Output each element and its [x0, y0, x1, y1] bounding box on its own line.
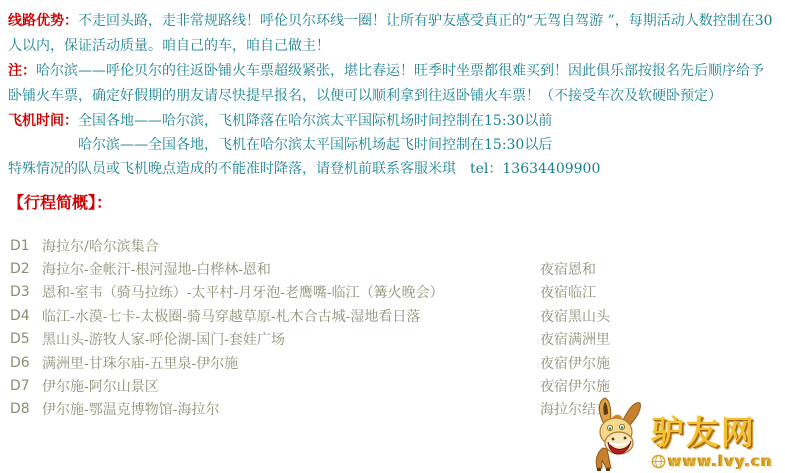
day-stay: 夜宿黑山头 — [540, 306, 777, 326]
flight-time-label: 飞机时间： — [8, 109, 78, 133]
itinerary-row: D2海拉尔-金帐汗-根河湿地-白桦林-恩和夜宿恩和 — [8, 257, 777, 280]
itinerary-list: D1海拉尔/哈尔滨集合D2海拉尔-金帐汗-根河湿地-白桦林-恩和夜宿恩和D3恩和… — [8, 234, 777, 421]
note-paragraph: 注：哈尔滨——呼伦贝尔的往返卧铺火车票超级紧张，堪比春运！旺季时坐票都很难买到！… — [8, 59, 777, 109]
itinerary-row: D1海拉尔/哈尔滨集合 — [8, 234, 777, 257]
day-route: 黑山头-游牧人家-呼伦湖-国门-套娃广场 — [42, 329, 540, 349]
advantage-paragraph: 线路优势：不走回头路，走非常规路线！呼伦贝尔环线一圈！让所有驴友感受真正的“无驾… — [8, 9, 777, 59]
day-label: D8 — [8, 401, 42, 417]
itinerary-heading: 【行程简概】： — [8, 192, 777, 214]
flight-departure-line: 哈尔滨——全国各地，飞机在哈尔滨太平国际机场起飞时间控制在15:30以后 — [78, 133, 552, 157]
day-label: D4 — [8, 308, 42, 324]
itinerary-row: D6满洲里-甘珠尔庙-五里泉-伊尔施夜宿伊尔施 — [8, 351, 777, 374]
day-label: D1 — [8, 238, 42, 254]
advantage-label: 线路优势： — [8, 13, 78, 29]
day-route: 临江-水漠-七卡-太极圈-骑马穿越草原-札木合古城-湿地看日落 — [42, 306, 540, 326]
page-content: 线路优势：不走回头路，走非常规路线！呼伦贝尔环线一圈！让所有驴友感受真正的“无驾… — [0, 0, 785, 421]
itinerary-row: D4临江-水漠-七卡-太极圈-骑马穿越草原-札木合古城-湿地看日落夜宿黑山头 — [8, 304, 777, 327]
flight-arrival-line: 全国各地——哈尔滨，飞机降落在哈尔滨太平国际机场时间控制在15:30以前 — [78, 109, 552, 133]
donkey-mascot-icon — [589, 396, 651, 472]
site-logo: 驴友网 www.lvy.cn — [589, 396, 781, 472]
day-route: 伊尔施-鄂温克博物馆-海拉尔 — [42, 399, 540, 419]
itinerary-row: D7伊尔施-阿尔山景区夜宿伊尔施 — [8, 374, 777, 397]
day-stay: 夜宿临江 — [540, 282, 777, 302]
site-url-row: www.lvy.cn — [651, 452, 773, 470]
itinerary-row: D5黑山头-游牧人家-呼伦湖-国门-套娃广场夜宿满洲里 — [8, 328, 777, 351]
advantage-text: 不走回头路，走非常规路线！呼伦贝尔环线一圈！让所有驴友感受真正的“无驾自驾游 ”… — [8, 13, 773, 54]
day-stay: 夜宿伊尔施 — [540, 353, 777, 373]
site-url: www.lvy.cn — [668, 452, 773, 470]
day-stay: 夜宿伊尔施 — [540, 376, 777, 396]
note-text: 哈尔滨——呼伦贝尔的往返卧铺火车票超级紧张，堪比春运！旺季时坐票都很难买到！因此… — [8, 63, 764, 104]
day-label: D2 — [8, 261, 42, 277]
globe-icon — [651, 454, 666, 469]
day-stay: 夜宿满洲里 — [540, 329, 777, 349]
site-name: 驴友网 — [651, 415, 756, 451]
day-label: D7 — [8, 378, 42, 394]
flight-time-block: 飞机时间： 全国各地——哈尔滨，飞机降落在哈尔滨太平国际机场时间控制在15:30… — [8, 109, 777, 157]
itinerary-row: D3恩和-室韦（骑马拉练）-太平村-月牙泡-老鹰嘴-临江（篝火晚会）夜宿临江 — [8, 281, 777, 304]
day-label: D3 — [8, 284, 42, 300]
day-route: 海拉尔/哈尔滨集合 — [42, 236, 540, 256]
logo-text-column: 驴友网 www.lvy.cn — [651, 415, 781, 472]
day-label: D5 — [8, 331, 42, 347]
flight-time-lines: 全国各地——哈尔滨，飞机降落在哈尔滨太平国际机场时间控制在15:30以前 哈尔滨… — [78, 109, 552, 157]
special-note-line: 特殊情况的队员或飞机晚点造成的不能准时降落，请登机前联系客服米琪 tel：136… — [8, 157, 777, 181]
day-route: 海拉尔-金帐汗-根河湿地-白桦林-恩和 — [42, 259, 540, 279]
day-route: 伊尔施-阿尔山景区 — [42, 376, 540, 396]
day-label: D6 — [8, 355, 42, 371]
day-stay: 夜宿恩和 — [540, 259, 777, 279]
note-label: 注： — [8, 63, 36, 79]
day-route: 恩和-室韦（骑马拉练）-太平村-月牙泡-老鹰嘴-临江（篝火晚会） — [42, 282, 540, 302]
day-route: 满洲里-甘珠尔庙-五里泉-伊尔施 — [42, 353, 540, 373]
